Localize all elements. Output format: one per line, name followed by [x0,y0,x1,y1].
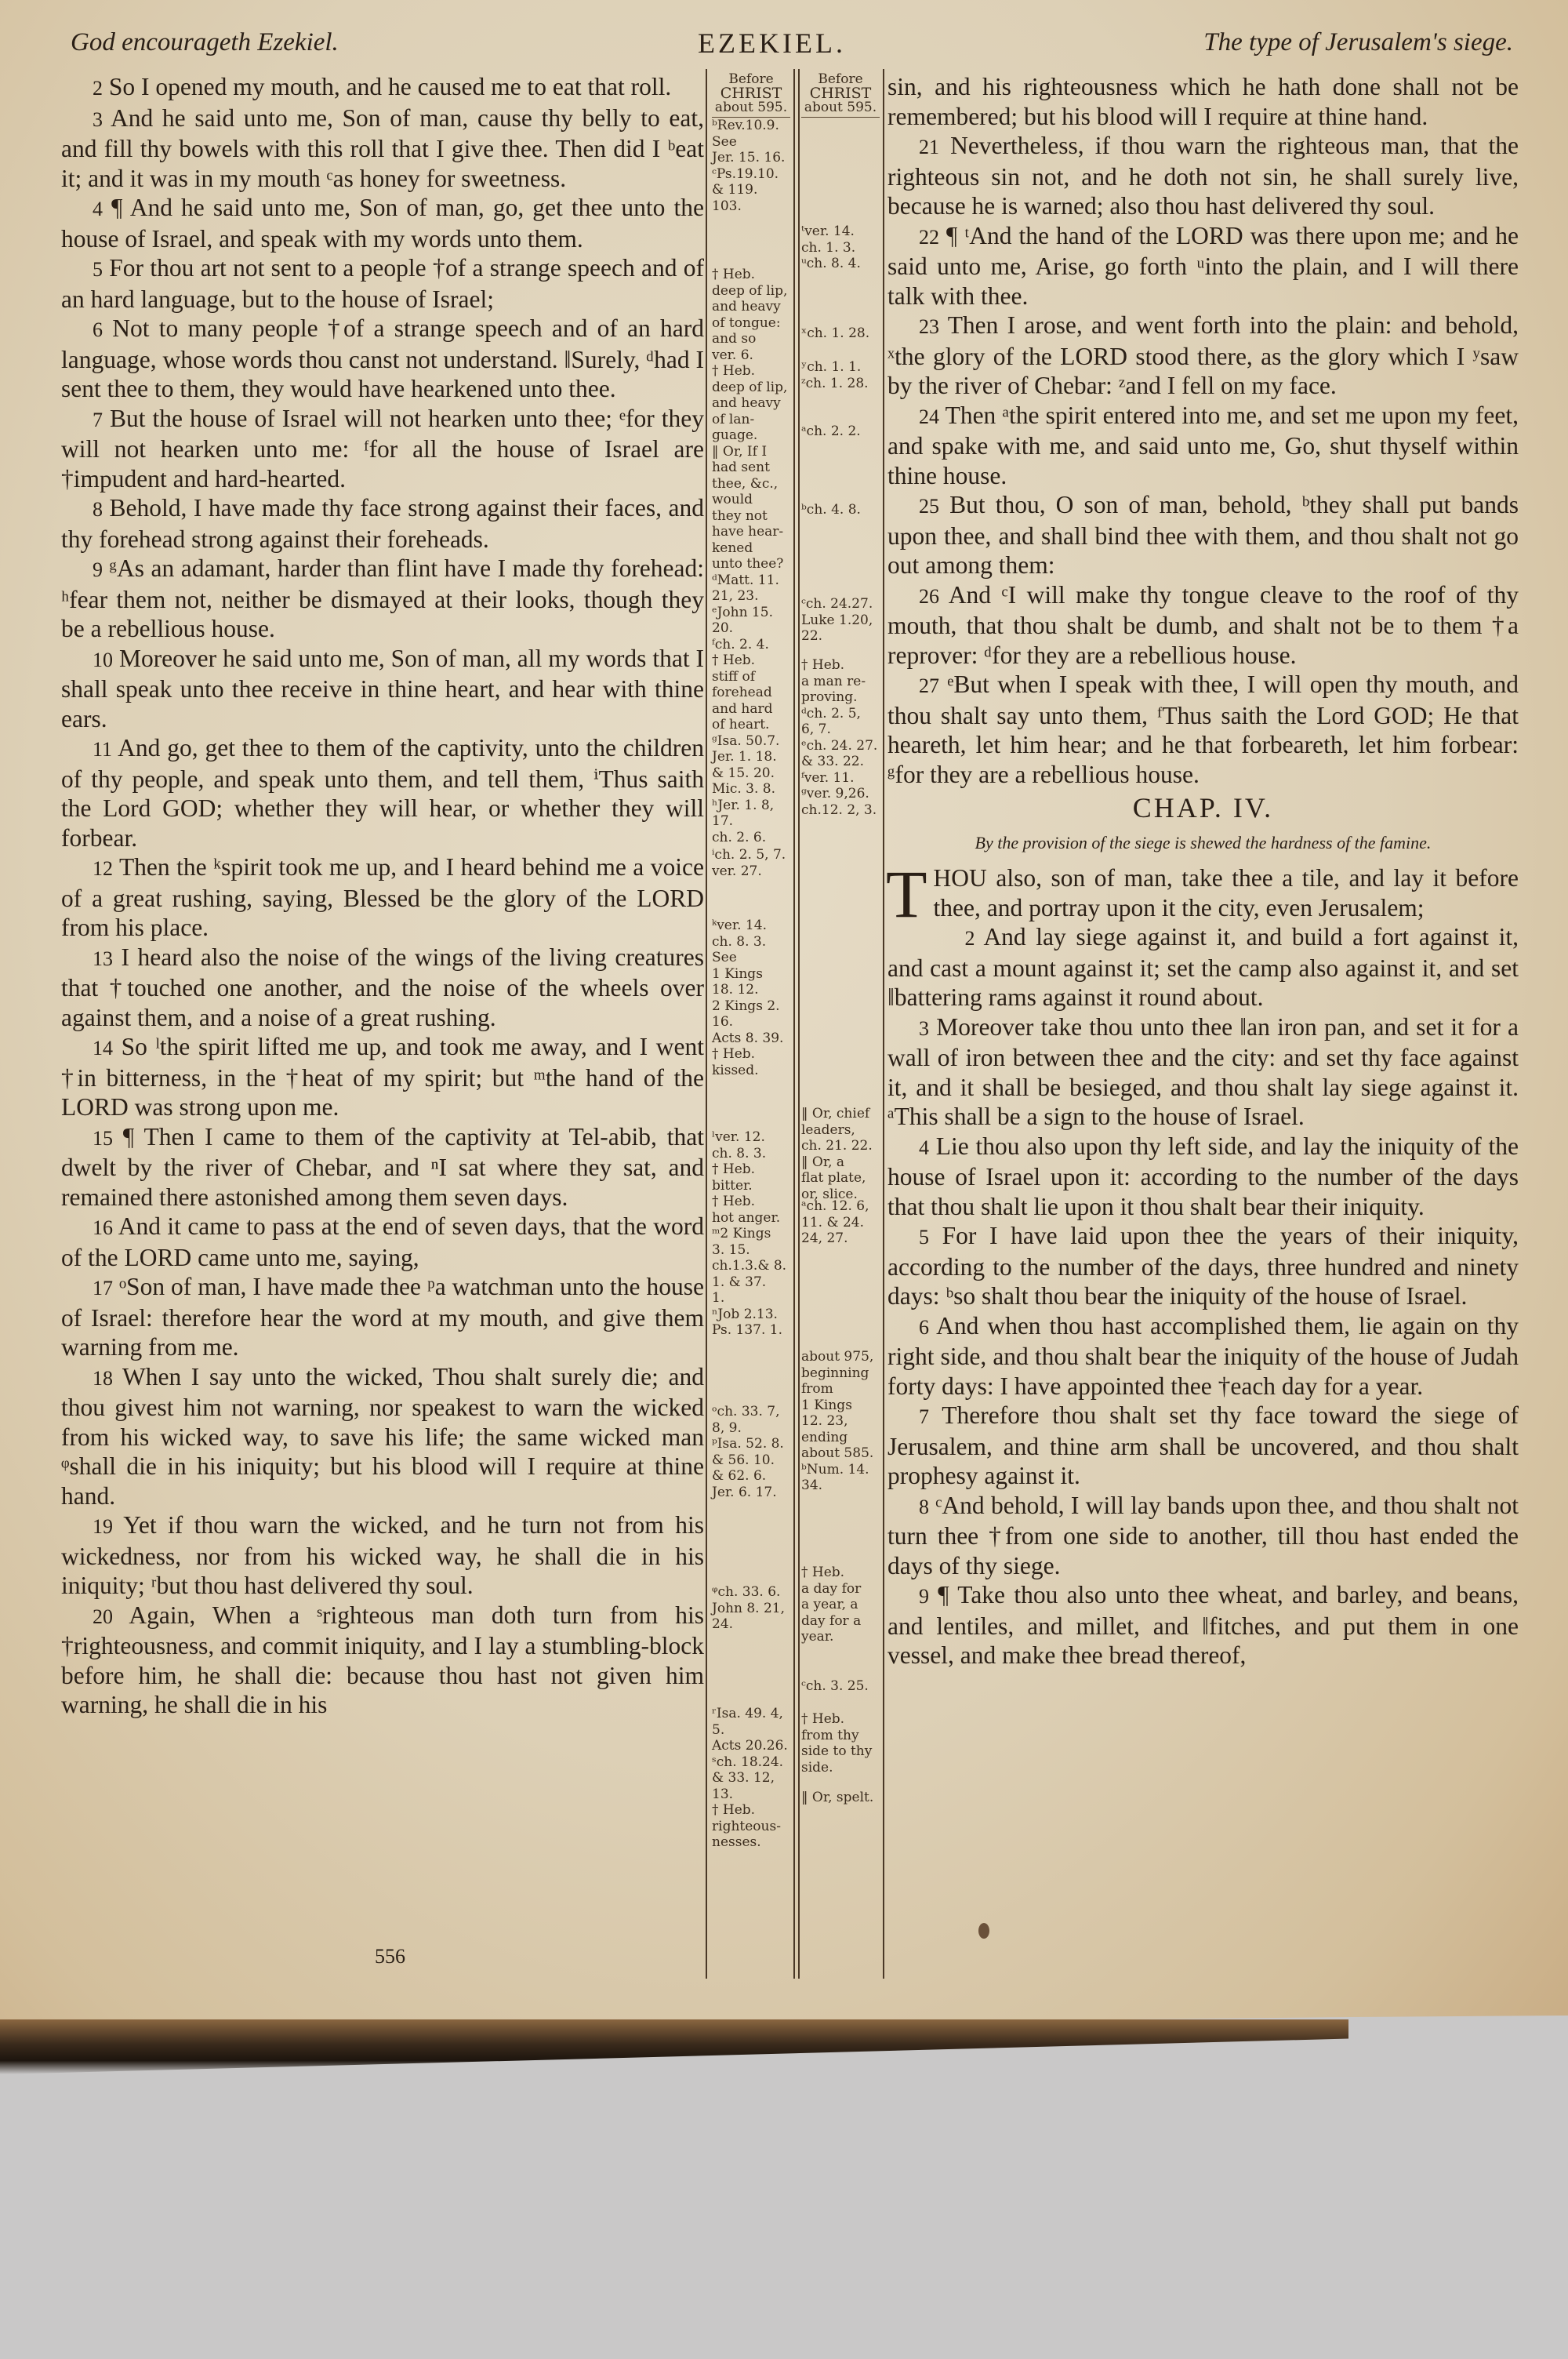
verse-text: ᵉBut when I speak with thee, I will open… [887,671,1519,788]
page-bottom-edge [0,2019,1348,2074]
verse-text: So I opened my mouth, and he caused me t… [109,73,671,100]
verse-text: Therefore thou shalt set thy face toward… [887,1401,1519,1489]
verse-number: 6 [93,318,103,341]
verse-number: 11 [93,738,112,761]
verse-text: ¶ Take thou also unto thee wheat, and ba… [887,1581,1519,1669]
verse-number: 4 [919,1136,929,1159]
verse-number: 24 [919,405,939,428]
verse: 8 ᶜAnd behold, I will lay bands upon the… [887,1491,1519,1581]
verse-number: 19 [93,1515,113,1538]
verse: 13 I heard also the noise of the wings o… [61,943,704,1033]
verse-text: For I have laid upon thee the years of t… [887,1222,1519,1310]
verse: 24 Then ᵃthe spirit entered into me, and… [887,401,1519,491]
verse-text: But thou, O son of man, behold, ᵇthey sh… [887,491,1519,579]
header-right-title: The type of Jerusalem's siege. [1203,28,1513,57]
margin-reference: ˣch. 1. 28. [801,325,880,342]
header-book-title: EZEKIEL. [698,27,846,60]
right-text-column: sin, and his righteousness which he hath… [887,72,1519,1670]
verse-text: HOU also, son of man, take thee a tile, … [934,864,1519,921]
verse: 9 ¶ Take thou also unto thee wheat, and … [887,1580,1519,1670]
column-divider [798,69,800,1979]
running-header: God encourageth Ezekiel. EZEKIEL. The ty… [71,24,1513,63]
verse-text: But the house of Israel will not hearken… [61,405,704,493]
verse: 3 Moreover take thou unto thee ‖an iron … [887,1012,1519,1132]
verse-text: Moreover he said unto me, Son of man, al… [61,645,704,732]
verse-number: 8 [93,498,103,521]
verse-number: 6 [919,1316,929,1339]
verse: 18 When I say unto the wicked, Thou shal… [61,1362,704,1511]
verse-number: 27 [919,674,939,697]
verse-number: 16 [93,1216,113,1239]
verse: 7 But the house of Israel will not heark… [61,404,704,494]
verse-text: And he said unto me, Son of man, cause t… [61,104,704,192]
verse: 14 So ˡthe spirit lifted me up, and took… [61,1032,704,1122]
verse-text: Yet if thou warn the wicked, and he turn… [61,1511,704,1599]
verse: 26 And ᶜI will make thy tongue cleave to… [887,580,1519,671]
verse: 19 Yet if thou warn the wicked, and he t… [61,1510,704,1601]
margin-heading-line: CHRIST [801,86,880,100]
verse-text: ᵒSon of man, I have made thee ᵖa watchma… [61,1273,704,1361]
margin-references-left: Before CHRIST about 595. ᵇRev.10.9. See … [712,72,790,118]
verse: 15 ¶ Then I came to them of the captivit… [61,1122,704,1212]
margin-reference: ʳIsa. 49. 4, 5. Acts 20.26. ˢch. 18.24. … [712,1706,790,1851]
verse-number: 7 [919,1405,929,1428]
verse: 27 ᵉBut when I speak with thee, I will o… [887,670,1519,789]
verse: 4 ¶ And he said unto me, Son of man, go,… [61,193,704,253]
margin-heading-line: CHRIST [712,86,790,100]
verse-text: And lay siege against it, and build a fo… [887,923,1519,1011]
verse-text: And ᶜI will make thy tongue cleave to th… [887,581,1519,669]
verse-number: 26 [919,585,939,608]
margin-reference: ᶜch. 3. 25. [801,1678,880,1695]
verse: 17 ᵒSon of man, I have made thee ᵖa watc… [61,1272,704,1362]
verse-text: When I say unto the wicked, Thou shalt s… [61,1363,704,1510]
verse-number: 4 [93,198,103,220]
verse: 9 ᵍAs an adamant, harder than flint have… [61,554,704,644]
margin-reference: ᶜch. 24.27. Luke 1.20, 22. [801,596,880,645]
margin-reference: ‖ Or, spelt. [801,1790,880,1806]
verse-number: 5 [93,258,103,281]
verse-number: 2 [965,927,975,950]
verse-number: 17 [93,1277,113,1299]
verse: 10 Moreover he said unto me, Son of man,… [61,644,704,734]
verse: 6 Not to many people †of a strange speec… [61,314,704,404]
verse: 3 And he said unto me, Son of man, cause… [61,104,704,194]
verse-text: Behold, I have made thy face strong agai… [61,494,704,553]
margin-reference: ᵗver. 14. ch. 1. 3. ᵘch. 8. 4. [801,224,880,272]
verse-number: 10 [93,649,113,671]
verse-text: Nevertheless, if thou warn the righteous… [887,132,1519,220]
verse-text: Then I arose, and went forth into the pl… [887,311,1519,399]
margin-reference: † Heb. a day for a year, a day for a yea… [801,1565,880,1645]
verse: 4 Lie thou also upon thy left side, and … [887,1132,1519,1222]
verse: 21 Nevertheless, if thou warn the righte… [887,131,1519,221]
left-text-column: 2 So I opened my mouth, and he caused me… [61,72,704,1720]
margin-heading: Before CHRIST about 595. [712,72,790,118]
margin-reference: ⁱch. 2. 5, 7. ver. 27. [712,847,790,879]
verse-text: And when thou hast accomplished them, li… [887,1312,1519,1400]
verse-number: 7 [93,409,103,431]
margin-heading-line: about 595. [712,100,790,114]
chapter-summary: By the provision of the siege is shewed … [887,828,1519,858]
margin-reference: ᵏver. 14. ch. 8. 3. See 1 Kings 18. 12. … [712,918,790,1078]
header-left-title: God encourageth Ezekiel. [71,28,339,57]
verse: 20 Again, When a ˢrighteous man doth tur… [61,1601,704,1720]
verse-number: 2 [93,77,103,100]
chapter-title: CHAP. IV. [887,794,1519,823]
verse-number: 21 [919,136,939,158]
verse-text: Again, When a ˢrighteous man doth turn f… [61,1601,704,1719]
verse-number: 14 [93,1037,113,1060]
drop-cap: T [886,865,927,923]
margin-reference: † Heb. from thy side to thy side. [801,1711,880,1776]
margin-reference: † Heb. a man re- proving. ᵈch. 2. 5, 6, … [801,657,880,818]
verse-number: 25 [919,495,939,518]
verse: 23 Then I arose, and went forth into the… [887,311,1519,401]
verse-text: ᵍAs an adamant, harder than flint have I… [61,554,704,642]
margin-heading-line: about 595. [801,100,880,114]
verse-text: ¶ Then I came to them of the captivity a… [61,1123,704,1211]
verse: 12 Then the ᵏspirit took me up, and I he… [61,852,704,943]
verse-text: And it came to pass at the end of seven … [61,1212,704,1271]
verse: 16 And it came to pass at the end of sev… [61,1212,704,1272]
verse: 2 And lay siege against it, and build a … [887,922,1519,1012]
verse-number: 9 [919,1585,929,1608]
chapter-first-verse: THOU also, son of man, take thee a tile,… [887,863,1519,922]
margin-references-right: Before CHRIST about 595. ᵗver. 14. ch. 1… [801,72,880,118]
verse: 5 For thou art not sent to a people †of … [61,253,704,314]
verse-number: 3 [919,1017,929,1040]
verse-text: ¶ And he said unto me, Son of man, go, g… [61,194,704,253]
verse-text: So ˡthe spirit lifted me up, and took me… [61,1033,704,1121]
verse: 7 Therefore thou shalt set thy face towa… [887,1401,1519,1491]
verse-text: Moreover take thou unto thee ‖an iron pa… [887,1013,1519,1131]
verse-number: 3 [93,108,103,131]
verse-continuation: sin, and his righteousness which he hath… [887,72,1519,131]
margin-reference: ʸch. 1. 1. ᶻch. 1. 28. [801,359,880,391]
margin-reference: ᵃch. 2. 2. [801,423,880,440]
margin-reference: ᵒch. 33. 7, 8, 9. ᵖIsa. 52. 8. & 56. 10.… [712,1404,790,1500]
verse-number: 22 [919,226,939,249]
verse: 2 So I opened my mouth, and he caused me… [61,72,704,104]
verse-text: Then the ᵏspirit took me up, and I heard… [61,853,704,941]
margin-reference: † Heb. deep of lip, and heavy of tongue:… [712,267,790,845]
verse-number: 5 [919,1226,929,1249]
verse: 8 Behold, I have made thy face strong ag… [61,493,704,554]
margin-reference: ᵃch. 12. 6, 11. & 24. 24, 27. [801,1198,880,1247]
verse-number: 15 [93,1127,113,1150]
verse-text: ᶜAnd behold, I will lay bands upon thee,… [887,1492,1519,1579]
verse-text: Lie thou also upon thy left side, and la… [887,1132,1519,1220]
verse-text: For thou art not sent to a people †of a … [61,254,704,313]
verse-number: 20 [93,1605,113,1628]
verse: 11 And go, get thee to them of the capti… [61,733,704,852]
ink-stain [978,1923,989,1939]
verse: 6 And when thou hast accomplished them, … [887,1311,1519,1401]
page-number: 556 [375,1945,405,1968]
margin-reference: ᵇch. 4. 8. [801,502,880,518]
column-divider [883,69,884,1979]
margin-reference: ᵇRev.10.9. See Jer. 15. 16. ᶜPs.19.10. &… [712,118,790,214]
margin-reference: ˡver. 12. ch. 8. 3. † Heb. bitter. † Heb… [712,1129,790,1339]
verse-number: 12 [93,857,113,880]
verse-text: And go, get thee to them of the captivit… [61,734,704,852]
column-divider [706,69,707,1979]
verse-text: I heard also the noise of the wings of t… [61,943,704,1031]
verse-number: 18 [93,1367,113,1390]
margin-heading: Before CHRIST about 595. [801,72,880,118]
verse-number: 8 [919,1496,929,1518]
margin-reference: ‖ Or, chief leaders, ch. 21. 22. ‖ Or, a… [801,1106,880,1202]
verse: 25 But thou, O son of man, behold, ᵇthey… [887,490,1519,580]
verse: 5 For I have laid upon thee the years of… [887,1221,1519,1311]
verse-text: Then ᵃthe spirit entered into me, and se… [887,402,1519,489]
verse-number: 9 [93,558,103,581]
verse-text: Not to many people †of a strange speech … [61,314,704,402]
margin-reference: ᵠch. 33. 6. John 8. 21, 24. [712,1584,790,1633]
verse: 22 ¶ ᵗAnd the hand of the LORD was there… [887,221,1519,311]
verse-number: 23 [919,315,939,338]
column-divider [793,69,795,1979]
verse-text: ¶ ᵗAnd the hand of the LORD was there up… [887,222,1519,310]
verse-number: 13 [93,947,113,970]
margin-reference: about 975, beginning from 1 Kings 12. 23… [801,1349,880,1494]
